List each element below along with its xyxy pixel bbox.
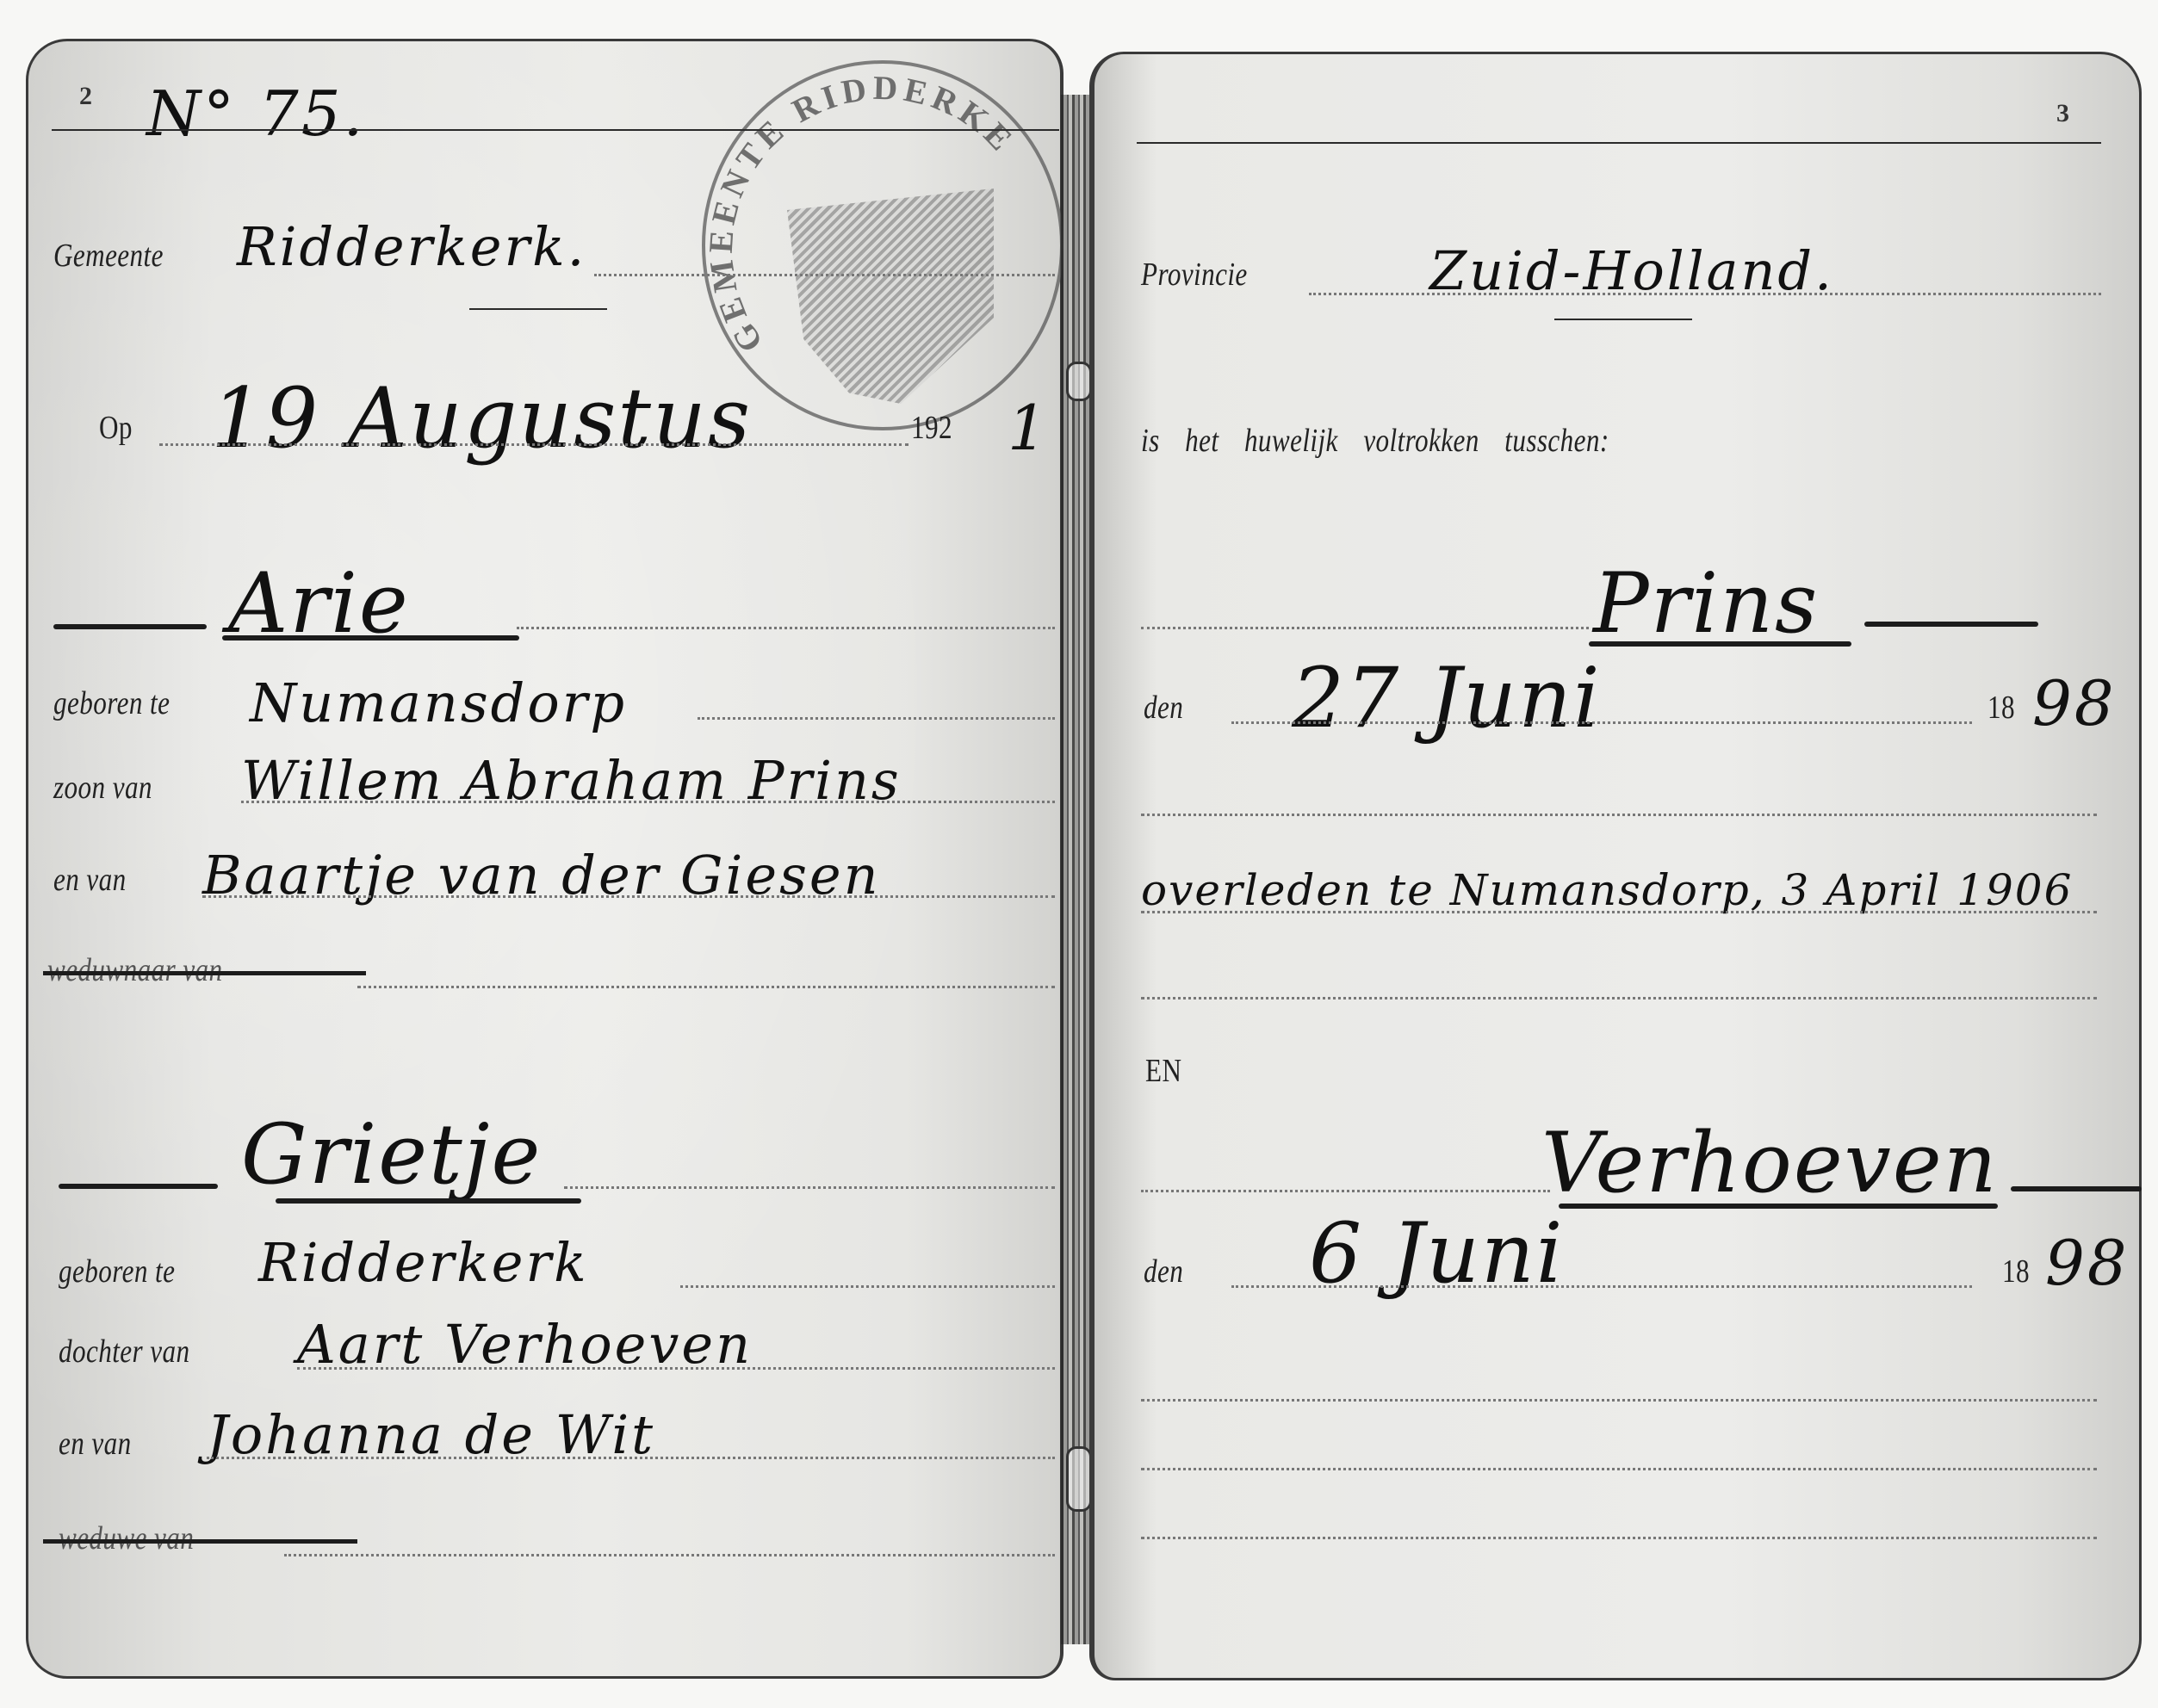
bride-born-place: Ridderkerk	[258, 1231, 589, 1294]
dotted-line	[1141, 997, 2097, 999]
dotted-line	[1141, 1190, 1550, 1192]
op-label: Op	[99, 409, 133, 447]
municipal-stamp: GEMEENTE RIDDERKERK	[702, 60, 1063, 430]
stamp-text: GEMEENTE RIDDERKERK	[705, 64, 1060, 427]
groom-born-place: Numansdorp	[250, 671, 627, 734]
bride-year-handwritten: 98	[2045, 1227, 2130, 1299]
widow-label: weduwe van	[59, 1519, 194, 1557]
dotted-line	[1141, 911, 2097, 913]
bride-surname: Verhoeven	[1541, 1115, 1999, 1211]
marriage-statement: is het huwelijk voltrokken tusschen:	[1141, 422, 1609, 460]
dotted-line	[284, 1554, 1055, 1556]
gemeente-label: Gemeente	[53, 237, 164, 275]
bride-year-printed: 18	[2002, 1253, 2030, 1290]
name-underline	[1589, 641, 1851, 647]
bride-den-label: den	[1144, 1253, 1183, 1290]
name-dash	[1864, 622, 2038, 627]
dotted-line	[1231, 721, 1972, 724]
dotted-line	[1141, 1399, 2097, 1402]
dotted-line	[241, 801, 1055, 803]
dotted-line	[1309, 293, 2101, 295]
year-printed: 192	[911, 409, 952, 447]
dotted-line	[202, 895, 1055, 898]
dotted-line	[698, 717, 1055, 720]
separator-rule	[469, 308, 607, 310]
groom-son-of-label: zoon van	[53, 769, 152, 807]
gemeente-value: Ridderkerk.	[237, 215, 586, 278]
binding-thread	[1066, 1446, 1092, 1512]
bride-born-label: geboren te	[59, 1253, 175, 1290]
svg-text:GEMEENTE RIDDERKERK: GEMEENTE RIDDERKERK	[705, 64, 1022, 358]
name-dash	[2011, 1186, 2142, 1191]
groom-and-of-label: en van	[53, 861, 127, 899]
groom-year-handwritten: 98	[2032, 667, 2117, 740]
bride-daughter-of-label: dochter van	[59, 1333, 189, 1371]
marriage-date: 19 Augustus	[211, 370, 752, 467]
widower-label: weduwnaar van	[47, 951, 223, 989]
dotted-line	[564, 1186, 1055, 1189]
strike-through	[43, 1539, 357, 1544]
page-number-right: 3	[2056, 99, 2069, 128]
header-rule-right	[1137, 142, 2101, 144]
record-number: N° 75.	[146, 77, 365, 150]
name-underline	[222, 635, 519, 640]
dotted-line	[357, 986, 1055, 988]
groom-year-printed: 18	[1987, 689, 2015, 727]
dotted-line	[517, 627, 1055, 629]
groom-birth-date: 27 Juni	[1292, 650, 1602, 746]
dotted-line	[1141, 1468, 2097, 1470]
groom-surname: Prins	[1593, 555, 1819, 652]
name-underline	[276, 1198, 581, 1204]
dotted-line	[207, 1457, 1055, 1459]
dotted-line	[1141, 627, 1589, 629]
groom-den-label: den	[1144, 689, 1183, 727]
header-rule-left	[52, 129, 1059, 131]
name-dash	[53, 624, 207, 629]
name-underline	[1559, 1204, 1998, 1209]
dotted-line	[1141, 814, 2097, 816]
dotted-line	[680, 1285, 1055, 1288]
page-number-left: 2	[79, 82, 92, 111]
year-handwritten: 1	[1008, 392, 1050, 464]
dotted-line	[594, 274, 1055, 276]
binding-thread	[1066, 362, 1092, 401]
and-label: EN	[1145, 1052, 1181, 1090]
dotted-line	[159, 443, 908, 446]
groom-death-note: overleden te Numansdorp, 3 April 1906	[1141, 865, 2073, 915]
bride-and-of-label: en van	[59, 1425, 132, 1463]
dotted-line	[1231, 1285, 1972, 1288]
provincie-label: Provincie	[1141, 256, 1248, 294]
groom-born-label: geboren te	[53, 684, 170, 722]
separator-rule	[1554, 319, 1692, 320]
strike-through	[43, 971, 366, 975]
dotted-line	[297, 1367, 1055, 1370]
name-dash	[59, 1184, 218, 1189]
dotted-line	[1141, 1537, 2097, 1539]
bride-first-name: Grietje	[241, 1106, 542, 1203]
